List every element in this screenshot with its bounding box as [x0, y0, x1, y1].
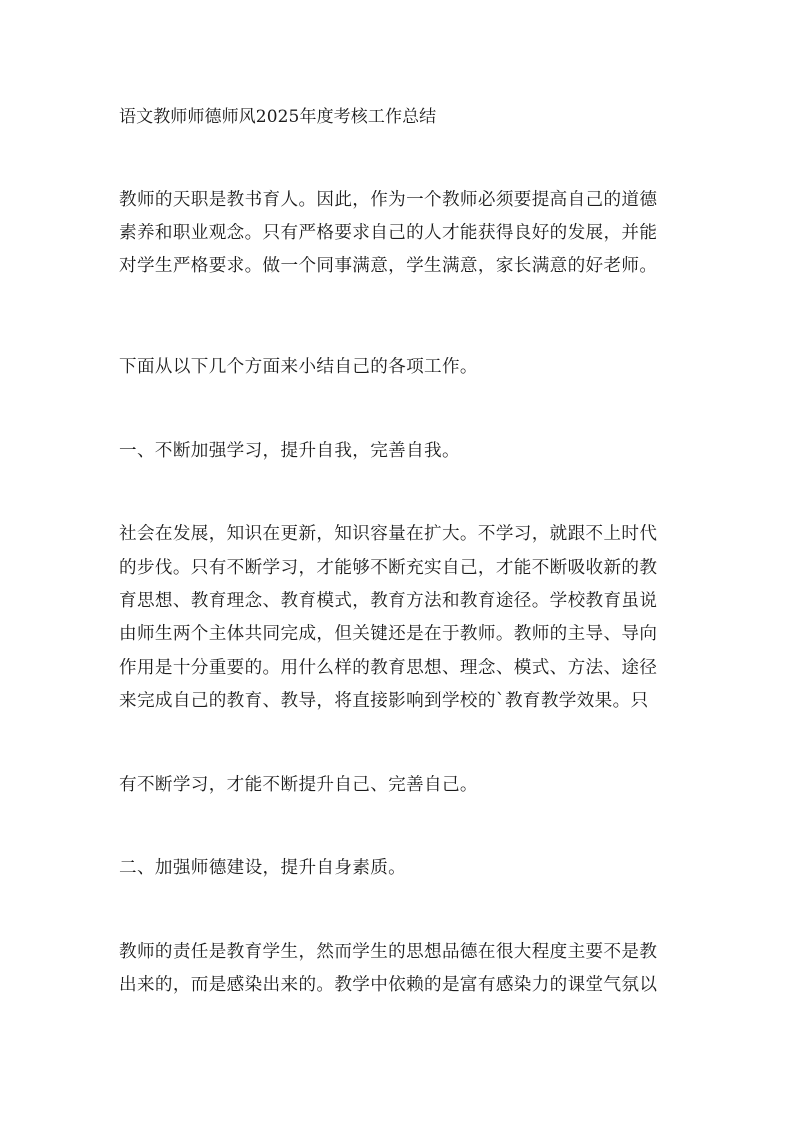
paragraph-line: 来完成自己的教育、教导，将直接影响到学校的`教育教学效果。只 [119, 690, 679, 712]
paragraph-line: 社会在发展，知识在更新，知识容量在扩大。不学习，就跟不上时代 [119, 523, 679, 545]
paragraph-line: 下面从以下几个方面来小结自己的各项工作。 [119, 356, 679, 378]
paragraph-line: 由师生两个主体共同完成，但关键还是在于教师。教师的主导、导向 [119, 623, 679, 645]
paragraph-line: 教师的责任是教育学生，然而学生的思想品德在很大程度主要不是教 [119, 941, 679, 963]
paragraph-line: 出来的，而是感染出来的。教学中依赖的是富有感染力的课堂气氛以 [119, 974, 679, 996]
heading-line: 一、不断加强学习，提升自我，完善自我。 [119, 440, 679, 462]
paragraph-line: 对学生严格要求。做一个同事满意，学生满意，家长满意的好老师。 [119, 255, 679, 277]
paragraph-line: 育思想、教育理念、教育模式，教育方法和教育途径。学校教育虽说 [119, 590, 679, 612]
document-title: 语文教师师德师风2025年度考核工作总结 [119, 106, 679, 128]
paragraph-line: 的步伐。只有不断学习，才能够不断充实自己，才能不断吸收新的教 [119, 557, 679, 579]
paragraph-line: 有不断学习，才能不断提升自己、完善自己。 [119, 774, 679, 796]
document-page: 语文教师师德师风2025年度考核工作总结 教师的天职是教书育人。因此，作为一个教… [0, 0, 793, 1122]
paragraph-line: 教师的天职是教书育人。因此，作为一个教师必须要提高自己的道德 [119, 189, 679, 211]
paragraph-line: 素养和职业观念。只有严格要求自己的人才能获得良好的发展，并能 [119, 222, 679, 244]
heading-line: 二、加强师德建设，提升自身素质。 [119, 857, 679, 879]
paragraph-line: 作用是十分重要的。用什么样的教育思想、理念、模式、方法、途径 [119, 657, 679, 679]
